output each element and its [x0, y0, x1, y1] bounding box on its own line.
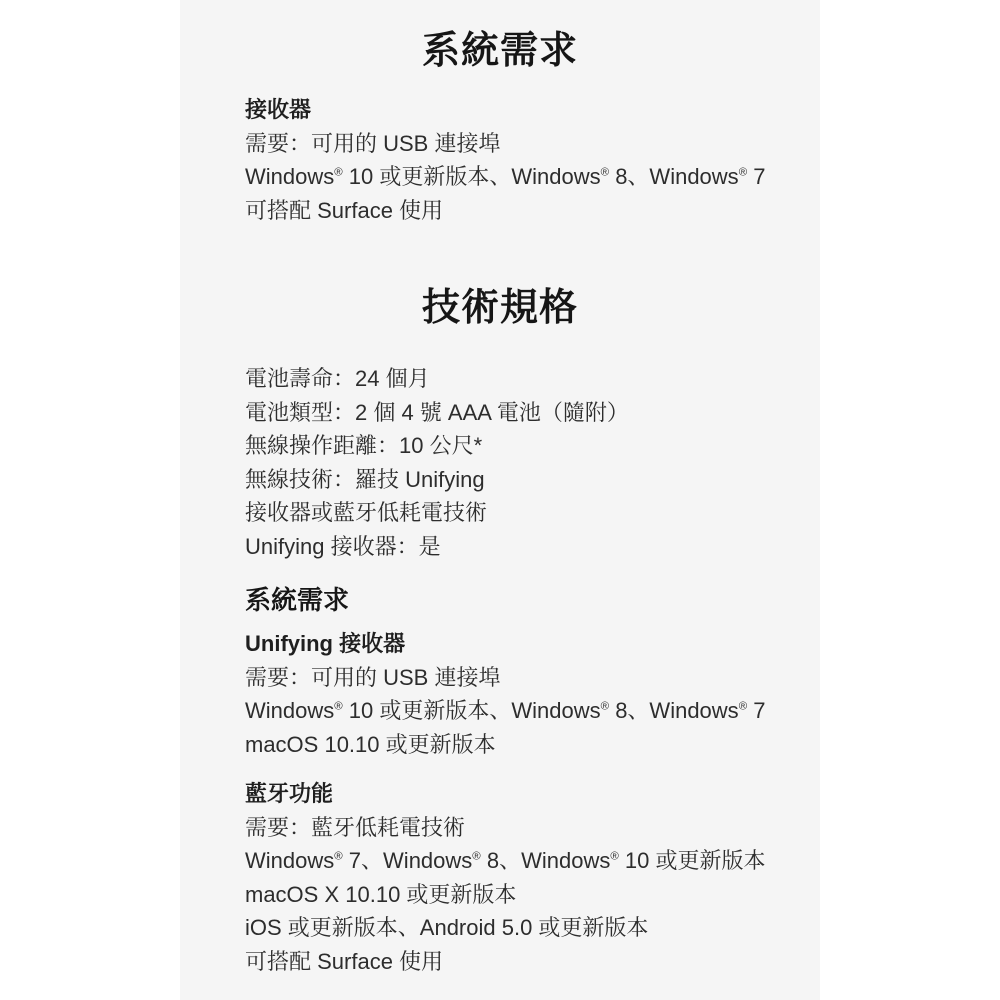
requirement-line: 需要：可用的 USB 連接埠	[245, 127, 806, 161]
spec-line-battery-life: 電池壽命：24 個月	[245, 362, 806, 396]
requirement-line: Windows® 7、Windows® 8、Windows® 10 或更新版本	[245, 844, 806, 878]
requirement-line: 需要：可用的 USB 連接埠	[245, 661, 806, 695]
section-title-tech-specs: 技術規格	[180, 284, 820, 332]
unifying-receiver-block: Unifying 接收器 需要：可用的 USB 連接埠 Windows® 10 …	[180, 627, 820, 761]
requirement-line: macOS 10.10 或更新版本	[245, 728, 806, 762]
section-title-system-requirements: 系統需求	[180, 27, 820, 75]
block-heading-bluetooth: 藍牙功能	[245, 777, 806, 811]
requirement-line: 可搭配 Surface 使用	[245, 194, 806, 228]
requirement-line: 可搭配 Surface 使用	[245, 945, 806, 979]
spec-line-wireless-range: 無線操作距離：10 公尺*	[245, 429, 806, 463]
spec-line-unifying-receiver: Unifying 接收器：是	[245, 530, 806, 564]
spec-line-wireless-tech-cont: 接收器或藍牙低耗電技術	[245, 496, 806, 530]
spec-line-wireless-tech: 無線技術：羅技 Unifying	[245, 463, 806, 497]
spec-line-battery-type: 電池類型：2 個 4 號 AAA 電池（隨附）	[245, 396, 806, 430]
requirement-line: Windows® 10 或更新版本、Windows® 8、Windows® 7	[245, 694, 806, 728]
receiver-requirements-block: 接收器 需要：可用的 USB 連接埠 Windows® 10 或更新版本、Win…	[180, 93, 820, 227]
page-background: 系統需求 接收器 需要：可用的 USB 連接埠 Windows® 10 或更新版…	[0, 0, 1000, 1000]
spec-panel: 系統需求 接收器 需要：可用的 USB 連接埠 Windows® 10 或更新版…	[180, 0, 820, 1000]
requirement-line: iOS 或更新版本、Android 5.0 或更新版本	[245, 911, 806, 945]
tech-specs-block: 電池壽命：24 個月 電池類型：2 個 4 號 AAA 電池（隨附） 無線操作距…	[180, 362, 820, 563]
requirement-line: Windows® 10 或更新版本、Windows® 8、Windows® 7	[245, 160, 806, 194]
bluetooth-block: 藍牙功能 需要：藍牙低耗電技術 Windows® 7、Windows® 8、Wi…	[180, 777, 820, 978]
subsection-title-system-requirements: 系統需求	[180, 583, 820, 617]
block-heading-receiver: 接收器	[245, 93, 806, 127]
block-heading-unifying-receiver: Unifying 接收器	[245, 627, 806, 661]
requirement-line: 需要：藍牙低耗電技術	[245, 811, 806, 845]
requirement-line: macOS X 10.10 或更新版本	[245, 878, 806, 912]
